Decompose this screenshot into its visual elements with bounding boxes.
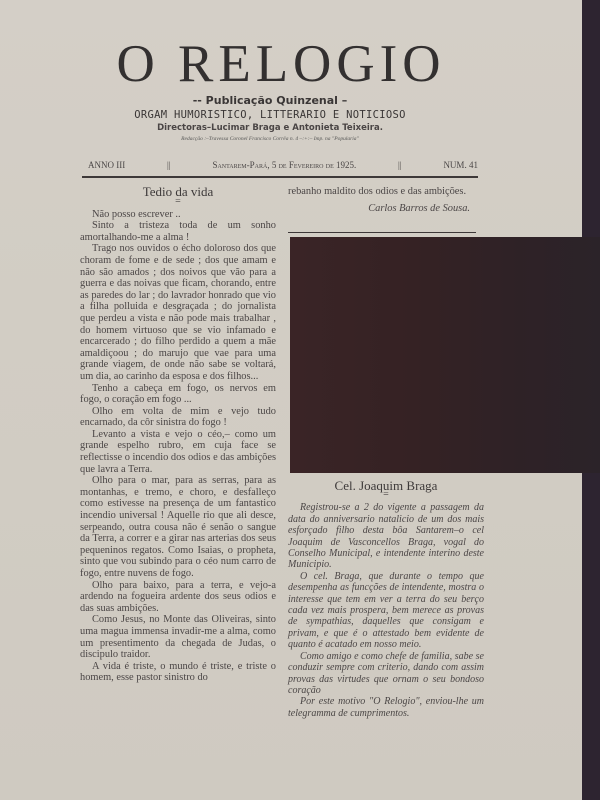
paragraph: Como Jesus, no Monte das Oliveiras, sint… bbox=[80, 614, 276, 660]
masthead: O RELOGIO -- Publicação Quinzenal – ORGA… bbox=[60, 36, 480, 142]
publication-frequency: -- Publicação Quinzenal – bbox=[60, 94, 480, 107]
paragraph: Tenho a cabeça em fogo, os nervos em fog… bbox=[80, 383, 276, 406]
article-end-rule bbox=[288, 232, 476, 233]
separator: || bbox=[167, 160, 171, 170]
article-author: Carlos Barros de Sousa. bbox=[288, 203, 476, 215]
paragraph: Como amigo e como chefe de familia, sabe… bbox=[288, 651, 484, 697]
paragraph: Registrou-se a 2 do vigente a passagem d… bbox=[288, 502, 484, 570]
directors-line: Directoras–Lucimar Braga e Antonieta Tei… bbox=[60, 123, 480, 133]
article-tedio-da-vida: Tedio da vida = Não posso escrever .. Si… bbox=[80, 186, 276, 684]
issue-number: NUM. 41 bbox=[443, 160, 478, 170]
paragraph: A vida é triste, o mundo é triste, e tri… bbox=[80, 661, 276, 684]
newspaper-title: O RELOGIO bbox=[82, 36, 480, 92]
paragraph: Por este motivo "O Relogio", enviou-lhe … bbox=[288, 696, 484, 719]
paragraph: Trago nos ouvidos o écho doloroso dos qu… bbox=[80, 243, 276, 382]
masthead-rule bbox=[82, 176, 478, 178]
continuation-text: rebanho maldito dos odios e das ambições… bbox=[288, 186, 476, 198]
paragraph: Sinto a tristeza toda de um sonho amorta… bbox=[80, 220, 276, 243]
portrait-photo bbox=[290, 237, 600, 473]
newspaper-description: ORGAM HUMORISTICO, LITTERARIO E NOTICIOS… bbox=[60, 109, 480, 121]
paragraph: Olho para baixo, para a terra, e vejo-a … bbox=[80, 580, 276, 615]
paragraph: Olho em volta de mim e vejo tudo encarna… bbox=[80, 406, 276, 429]
paragraph: Olho para o mar, para as serras, para as… bbox=[80, 475, 276, 579]
article-joaquim-braga: Cel. Joaquim Braga = Registrou-se a 2 do… bbox=[288, 480, 484, 719]
issue-info: ANNO III || Santarem-Pará, 5 de Fevereir… bbox=[88, 160, 478, 170]
issue-year: ANNO III bbox=[88, 160, 125, 170]
title-divider: = bbox=[288, 491, 484, 499]
title-divider: = bbox=[80, 198, 276, 206]
separator: || bbox=[398, 160, 402, 170]
editorial-address: Redacção :–Travessa Coronel Francisco Co… bbox=[60, 136, 480, 142]
paragraph: Não posso escrever .. bbox=[80, 209, 276, 221]
issue-place-date: Santarem-Pará, 5 de Fevereiro de 1925. bbox=[212, 160, 356, 170]
paragraph: Levanto a vista e vejo o céo,– como um g… bbox=[80, 429, 276, 475]
article-continuation: rebanho maldito dos odios e das ambições… bbox=[288, 186, 476, 214]
paragraph: O cel. Braga, que durante o tempo que de… bbox=[288, 571, 484, 651]
